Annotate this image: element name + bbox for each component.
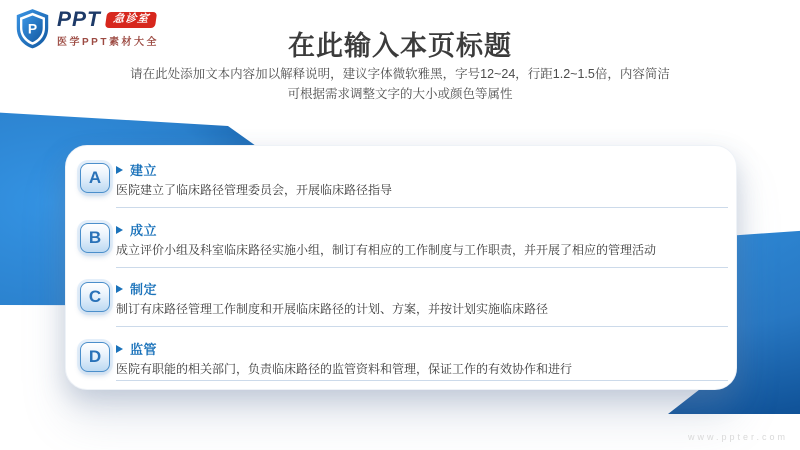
arrow-bullet-icon (116, 345, 123, 353)
item-heading-label: 成立 (130, 220, 157, 239)
item-heading: 成立 (116, 220, 722, 239)
letter-badge-a: A (80, 163, 110, 193)
subtitle-line-2: 可根据需求调整文字的大小或颜色等属性 (287, 87, 512, 101)
logo-tagline: 医学PPT素材大全 (57, 33, 159, 48)
list-item-a: A 建立 医院建立了临床路径管理委员会，开展临床路径指导 (66, 160, 736, 220)
arrow-bullet-icon (116, 285, 123, 293)
list-item-b: B 成立 成立评价小组及科室临床路径实施小组，制订有相应的工作制度与工作职责，并… (66, 220, 736, 280)
slide-canvas: P PPT 急诊室 医学PPT素材大全 在此输入本页标题 请在此处添加文本内容加… (0, 0, 800, 450)
svg-text:P: P (28, 21, 37, 37)
item-heading-label: 监管 (130, 339, 157, 358)
item-description: 成立评价小组及科室临床路径实施小组，制订有相应的工作制度与工作职责，并开展了相应… (116, 243, 722, 258)
logo-brand-text: PPT (57, 10, 101, 30)
arrow-bullet-icon (116, 226, 123, 234)
row-divider (116, 326, 728, 327)
item-heading: 监管 (116, 339, 722, 358)
list-item-c: C 制定 制订有床路径管理工作制度和开展临床路径的计划、方案，并按计划实施临床路… (66, 279, 736, 339)
item-description: 制订有床路径管理工作制度和开展临床路径的计划、方案，并按计划实施临床路径 (116, 302, 722, 317)
row-divider (116, 207, 728, 208)
row-divider (116, 267, 728, 268)
letter-badge-b: B (80, 223, 110, 253)
row-divider (116, 380, 728, 381)
logo-badge-text: 急诊室 (105, 12, 157, 28)
letter-badge-d: D (80, 342, 110, 372)
content-card: A 建立 医院建立了临床路径管理委员会，开展临床路径指导 B 成立 成立评价小组… (65, 145, 737, 390)
letter-badge-c: C (80, 282, 110, 312)
item-description: 医院建立了临床路径管理委员会，开展临床路径指导 (116, 183, 722, 198)
item-heading-label: 制定 (130, 279, 157, 298)
shield-logo-icon: P (14, 8, 51, 49)
subtitle-line-1: 请在此处添加文本内容加以解释说明，建议字体微软雅黑，字号12~24，行距1.2~… (130, 67, 670, 81)
item-description: 医院有职能的相关部门，负责临床路径的监管资料和管理，保证工作的有效协作和进行 (116, 362, 722, 377)
logo: P PPT 急诊室 医学PPT素材大全 (14, 8, 159, 49)
arrow-bullet-icon (116, 166, 123, 174)
item-heading-label: 建立 (130, 160, 157, 179)
page-subtitle: 请在此处添加文本内容加以解释说明，建议字体微软雅黑，字号12~24，行距1.2~… (40, 64, 760, 104)
watermark: www.ppter.com (688, 432, 788, 442)
item-heading: 建立 (116, 160, 722, 179)
item-heading: 制定 (116, 279, 722, 298)
list-item-d: D 监管 医院有职能的相关部门，负责临床路径的监管资料和管理，保证工作的有效协作… (66, 339, 736, 399)
